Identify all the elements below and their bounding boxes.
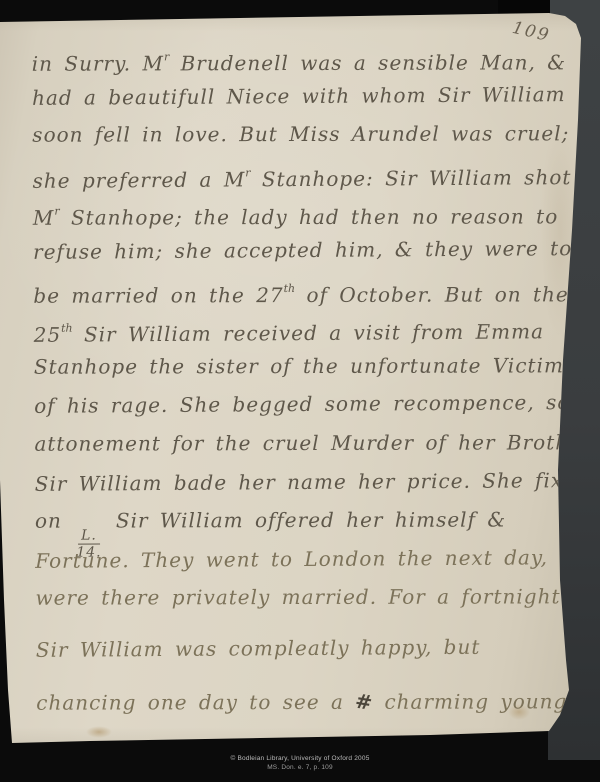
manuscript-page: 109 in Surry. Mr Brudenell was a sensibl… [0,0,600,782]
caption-bar: © Bodleian Library, University of Oxford… [0,744,600,782]
manuscript-line: Sir William was compleatly happy, but [36,627,576,669]
manuscript-line: attonement for the cruel Murder of her B… [34,423,574,463]
shelfmark-caption: MS. Don. e. 7, p. 109 [0,763,600,772]
manuscript-line: on L.14. Sir William offered her himself… [35,500,575,540]
manuscript-line: Sir William bade her name her price. She… [35,461,575,503]
manuscript-line: Fortune. They went to London the next da… [35,538,575,580]
manuscript-line: of his rage. She begged some recompence,… [34,383,574,425]
paper-stain [86,726,112,738]
copyright-caption: © Bodleian Library, University of Oxford… [0,754,600,763]
manuscript-line: Stanhope the sister of the unfortunate V… [34,346,574,386]
pound-fraction: L.14. [76,529,101,560]
manuscript-line: Mr Stanhope; the lady had then no reason… [33,192,573,232]
photograph-frame: 109 in Surry. Mr Brudenell was a sensibl… [0,0,600,782]
manuscript-line: had a beautifull Niece with whom Sir Wil… [32,75,572,117]
manuscript-line: be married on the 27th of October. But o… [33,269,573,309]
manuscript-line: in Surry. Mr Brudenell was a sensible Ma… [32,37,572,77]
manuscript-line: chancing one day to see a # charming you… [36,682,576,722]
manuscript-text: in Surry. Mr Brudenell was a sensible Ma… [32,36,577,723]
manuscript-line: refuse him; she accepted him, & they wer… [33,229,573,271]
manuscript-line: soon fell in love. But Miss Arundel was … [32,114,572,154]
manuscript-line: were there privately married. For a fort… [35,578,575,618]
manuscript-line: 25th Sir William received a visit from E… [34,306,574,348]
manuscript-line: she preferred a Mr Stanhope: Sir William… [32,152,572,194]
deletion-mark: # [352,681,375,722]
